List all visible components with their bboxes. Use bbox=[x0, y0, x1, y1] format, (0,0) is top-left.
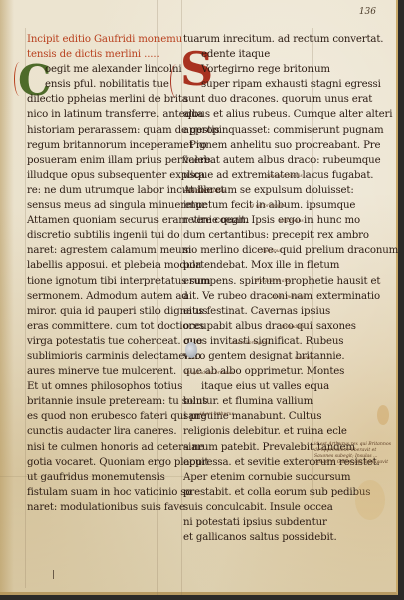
text-line: religionis delebitur. et ruina ecle bbox=[183, 424, 323, 439]
text-line: sunt duo dracones. quorum unus erat bbox=[183, 92, 323, 107]
folio-number: 136 bbox=[359, 7, 376, 17]
text-line: ni potestati ipsius subdentur bbox=[183, 515, 323, 530]
text-line: Attamen quoniam securus eram venie quam bbox=[27, 213, 162, 228]
text-line: illudque opus subsequenter explica bbox=[27, 168, 162, 183]
text-line: dum certantibus: precepit rex ambro bbox=[183, 228, 323, 243]
text-line: fistulam suam in hoc vaticinio so bbox=[27, 485, 162, 500]
left-column: Incipit editio Gaufridi monemu tensis de… bbox=[27, 32, 162, 515]
text-line: oegit me alexander lincolni bbox=[27, 62, 162, 77]
text-line: et gallicanos saltus possidebit. bbox=[183, 530, 323, 545]
interlinear-gloss: id est merlinus bbox=[272, 295, 306, 300]
text-line: naret: agrestem calamum meum bbox=[27, 243, 162, 258]
parchment-stain bbox=[377, 405, 389, 425]
text-line: valebat autem albus draco: rubeumque bbox=[183, 153, 323, 168]
text-line: suis conculcabit. Insule occea bbox=[183, 500, 323, 515]
text-line: labellis apposui. et plebeia modula bbox=[27, 258, 162, 273]
interlinear-gloss: trenodam bbox=[282, 325, 304, 330]
text-line: et ignem anhelitu suo procreabant. Pre bbox=[183, 138, 323, 153]
text-line: eius festinat. Cavernas ipsius bbox=[183, 304, 323, 319]
interlinear-gloss: illi qui id est britones bbox=[185, 371, 234, 376]
text-line: es quod non erubesco fateri qui pre bbox=[27, 409, 162, 424]
interlinear-gloss: draconis et albi bbox=[255, 279, 290, 284]
text-line: Vortegirno rege britonum bbox=[183, 62, 323, 77]
text-line: appropinquasset: commiserunt pugnam bbox=[183, 123, 323, 138]
text-line: miror. quia id pauperi stilo dignatus bbox=[27, 304, 162, 319]
page-edge-shading bbox=[0, 0, 14, 595]
text-line: portendebat. Mox ille in fletum bbox=[183, 258, 323, 273]
manuscript-page: 136 C Incipit editio Gaufridi monemu ten… bbox=[0, 0, 398, 595]
interlinear-gloss: saxones bbox=[295, 356, 313, 361]
text-line: sermonem. Admodum autem ad bbox=[27, 289, 162, 304]
text-line: aures minerve tue mulcerent. bbox=[27, 364, 162, 379]
text-line: tione ignotum tibi interpretatus sum bbox=[27, 274, 162, 289]
parchment-hole bbox=[185, 342, 197, 358]
text-line: Et ut omnes philosophos totius bbox=[27, 379, 162, 394]
text-line: eras committere. cum tot doctiores bbox=[27, 319, 162, 334]
text-line: nisi te culmen honoris ad cetera ne bbox=[27, 440, 162, 455]
text-line: dilectio ppheias merlini de brita bbox=[27, 92, 162, 107]
text-line: ensis pful. nobilitatis tue bbox=[27, 77, 162, 92]
text-line: itaque eius ut valles equa bbox=[183, 379, 323, 394]
text-line: erumpens. spiritum prophetie hausit et bbox=[183, 274, 323, 289]
text-line: nico in latinum transferre. antequa bbox=[27, 107, 162, 122]
right-column: tuarum inrecitum. ad rectum convertat. e… bbox=[183, 32, 323, 545]
rubric-line: tensis de dictis merlini ..... bbox=[27, 47, 162, 62]
text-line: britannie insule preteream: tu solus bbox=[27, 394, 162, 409]
text-line: albus et alius rubeus. Cumque alter alte… bbox=[183, 107, 323, 122]
interlinear-gloss: id est arthurus bbox=[200, 412, 234, 417]
text-line: prestabit. et colla eorum sub pedibus bbox=[183, 485, 323, 500]
text-line: gotia vocaret. Quoniam ergo placuit bbox=[27, 455, 162, 470]
text-line: historiam perarassem: quam de gestis bbox=[27, 123, 162, 138]
parchment-stain bbox=[355, 480, 385, 520]
marginal-gloss: id est Arthurus rex qui Britannos de opp… bbox=[314, 442, 392, 466]
text-line: siarum patebit. Prevalebit tandem bbox=[183, 440, 323, 455]
text-line: sio merlino dicere. quid prelium draconu… bbox=[183, 243, 323, 258]
ruling-line-left-outer bbox=[25, 28, 26, 588]
text-line: posueram enim illam prius perficere. bbox=[27, 153, 162, 168]
text-line: tuarum inrecitum. ad rectum convertat. bbox=[183, 32, 323, 47]
interlinear-gloss: saxonum expulsa bbox=[186, 189, 225, 194]
text-line: edente itaque bbox=[183, 47, 323, 62]
text-line: cunctis audacter lira caneres. bbox=[27, 424, 162, 439]
text-line: re: ne dum utrumque labor incumberet bbox=[27, 183, 162, 198]
interlinear-gloss: maximi draconis bbox=[265, 174, 303, 179]
text-line: buntur. et flumina vallium bbox=[183, 394, 323, 409]
text-line: discretio subtilis ingenii tui do bbox=[27, 228, 162, 243]
text-line: oppressa. et sevitie exterorum resistet. bbox=[183, 455, 323, 470]
text-line: super ripam exhausti stagni egressi bbox=[183, 77, 323, 92]
interlinear-gloss: merlinus bbox=[262, 249, 282, 254]
text-line: naret: modulationibus suis fave bbox=[27, 500, 162, 515]
pen-mark bbox=[53, 570, 54, 579]
rubric-line: Incipit editio Gaufridi monemu bbox=[27, 32, 162, 47]
interlinear-gloss: id est Vortegirni bbox=[232, 341, 269, 346]
text-line: regum britannorum inceperam. Pro bbox=[27, 138, 162, 153]
text-line: sensus meus ad singula minueretur. bbox=[27, 198, 162, 213]
interlinear-gloss: id est britonum bbox=[250, 204, 285, 209]
text-line: Aper etenim cornubie succursum bbox=[183, 470, 323, 485]
interlinear-gloss: ambrosius bbox=[280, 219, 304, 224]
text-line: ut gaufridus monemutensis bbox=[27, 470, 162, 485]
text-line: virga potestatis tue coherceat. que bbox=[27, 334, 162, 349]
text-line: sublimioris carminis delectamento bbox=[27, 349, 162, 364]
